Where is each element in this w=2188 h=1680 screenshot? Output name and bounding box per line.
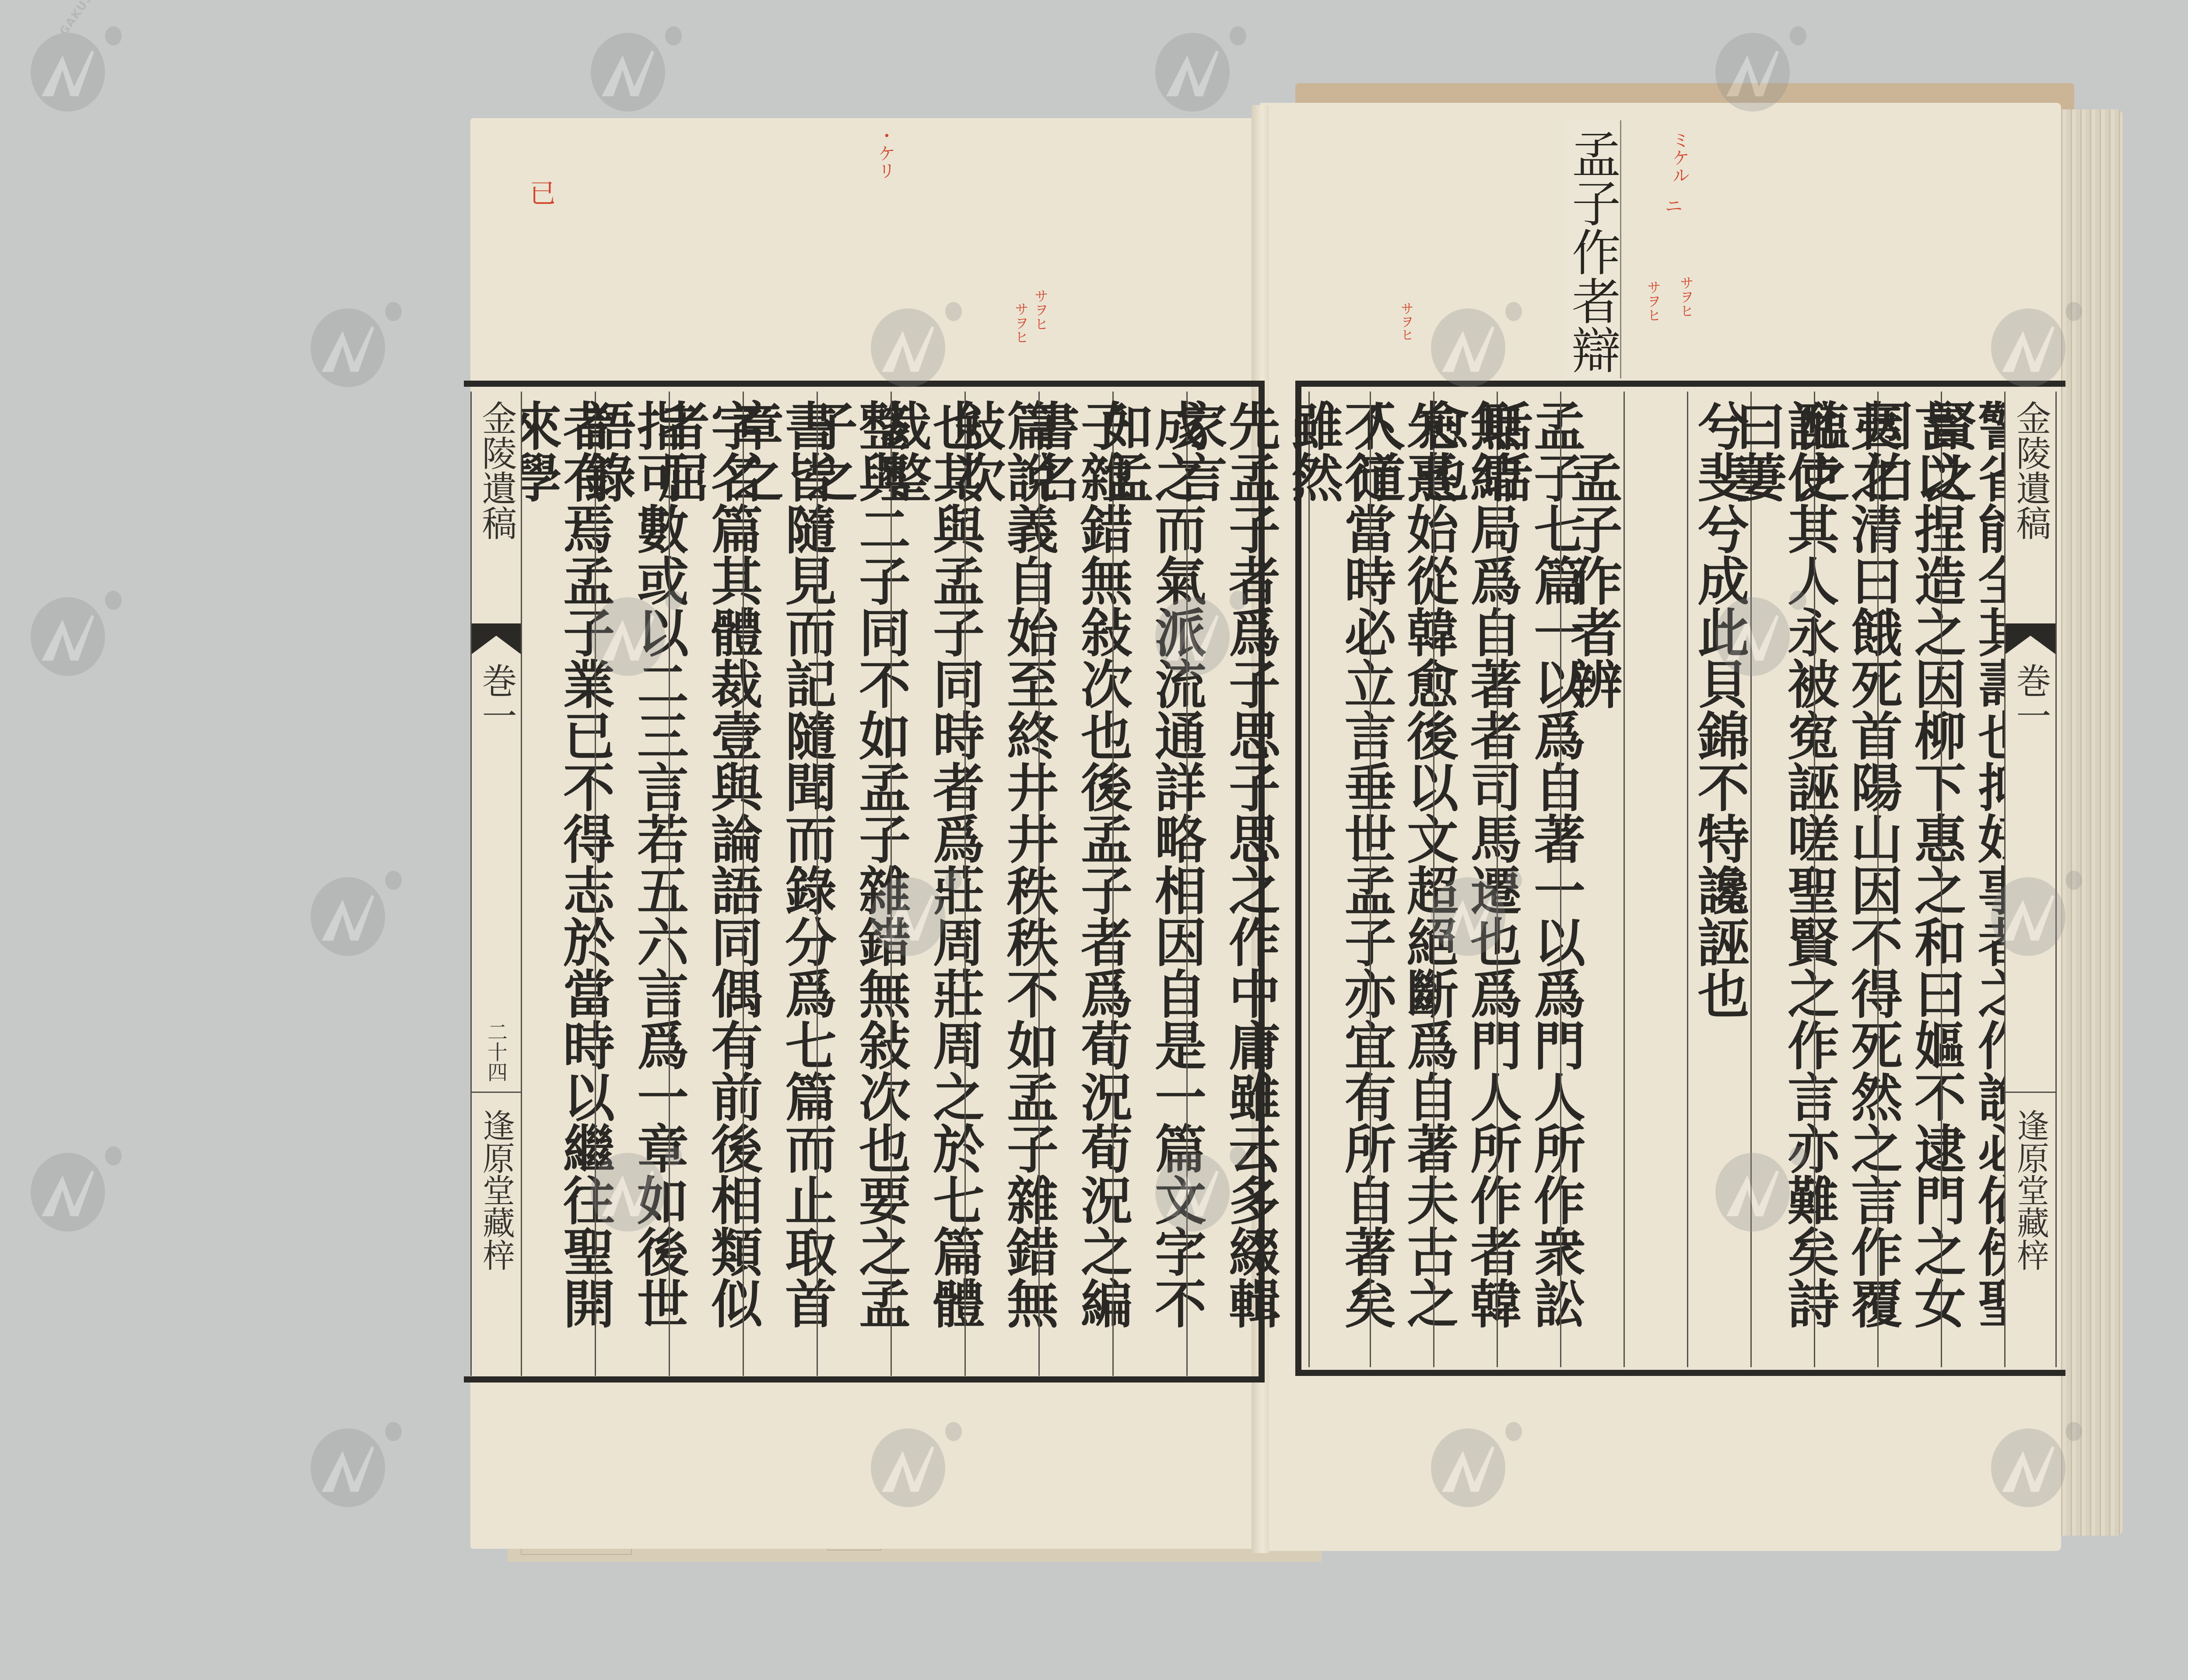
watermark-logo-icon xyxy=(1147,1137,1247,1238)
watermark-logo-icon xyxy=(582,582,683,682)
section-heading-column: 孟子作者辨 xyxy=(1560,392,1623,1367)
red-kana-note: サヲヒ xyxy=(1011,302,1031,344)
watermark-logo-icon xyxy=(1982,1413,2083,1514)
watermark-logo-icon xyxy=(1147,17,1247,118)
fishtail-mark-icon xyxy=(2006,623,2055,654)
watermark-logo-icon xyxy=(22,1137,123,1238)
watermark-logo-icon xyxy=(302,1413,403,1514)
watermark-logo-icon xyxy=(582,1137,683,1238)
watermark-logo-icon xyxy=(1707,17,1807,118)
publisher-imprint: 逢原堂藏梓 xyxy=(472,1109,521,1271)
watermark-logo-icon xyxy=(1422,862,1523,962)
watermark-logo-icon xyxy=(302,862,403,962)
publisher-imprint: 逢原堂藏梓 xyxy=(2006,1109,2055,1271)
watermark-logo-icon: NISHOGAKUSHA xyxy=(22,17,123,118)
fishtail-mark-icon xyxy=(472,623,521,654)
volume-label: 巻一 xyxy=(2006,663,2055,733)
volume-label: 巻一 xyxy=(472,663,521,733)
section-heading: 孟子作者辨 xyxy=(1566,399,1619,709)
watermark-logo-icon xyxy=(1422,293,1523,394)
red-kana-note: サヲヒ xyxy=(1396,302,1415,341)
watermark-logo-icon xyxy=(582,17,683,118)
watermark-logo-icon xyxy=(1982,862,2083,962)
divider xyxy=(472,1092,521,1093)
watermark-logo-icon xyxy=(862,862,963,962)
divider xyxy=(2006,1092,2055,1093)
watermark-logo-icon xyxy=(862,1413,963,1514)
book-title: 金陵遺稿 xyxy=(472,400,521,540)
red-kana-note: サヲヒ xyxy=(1031,289,1051,331)
red-margin-note: 已 xyxy=(529,173,556,210)
right-page-text-columns: 警省能全其壽也抑好事者之作說必依傍聖賢之 言以捏造之因柳下惠之和曰嫗不逮門之女因… xyxy=(1308,392,2004,1367)
watermark-logo-icon xyxy=(302,293,403,394)
red-kana-note: ミケル xyxy=(1667,131,1692,184)
red-kana-note: サヲヒ xyxy=(1676,276,1696,318)
book-title: 金陵遺稿 xyxy=(2006,400,2055,540)
watermark-logo-icon xyxy=(1707,1137,1807,1238)
watermark-logo-icon xyxy=(22,582,123,682)
left-page-block-heart: 金陵遺稿 巻一 二十四 逢原堂藏梓 xyxy=(470,392,522,1376)
page-number: 二十四 xyxy=(472,1022,521,1082)
chapter-title: 孟子作者辯 xyxy=(1566,129,1619,374)
red-kana-note: ・ケリ xyxy=(873,127,898,179)
text-column-blank xyxy=(1623,392,1687,1367)
watermark-logo-icon xyxy=(1147,582,1247,682)
red-kana-note: ニ xyxy=(1665,192,1683,217)
watermark-logo-icon xyxy=(862,293,963,394)
watermark-logo-icon xyxy=(1422,1413,1523,1514)
watermark-logo-icon xyxy=(1982,293,2083,394)
watermark-logo-icon xyxy=(1707,582,1807,682)
red-kana-note: サヲヒ xyxy=(1643,280,1663,322)
title-slip: 孟子作者辯 xyxy=(1564,120,1621,378)
